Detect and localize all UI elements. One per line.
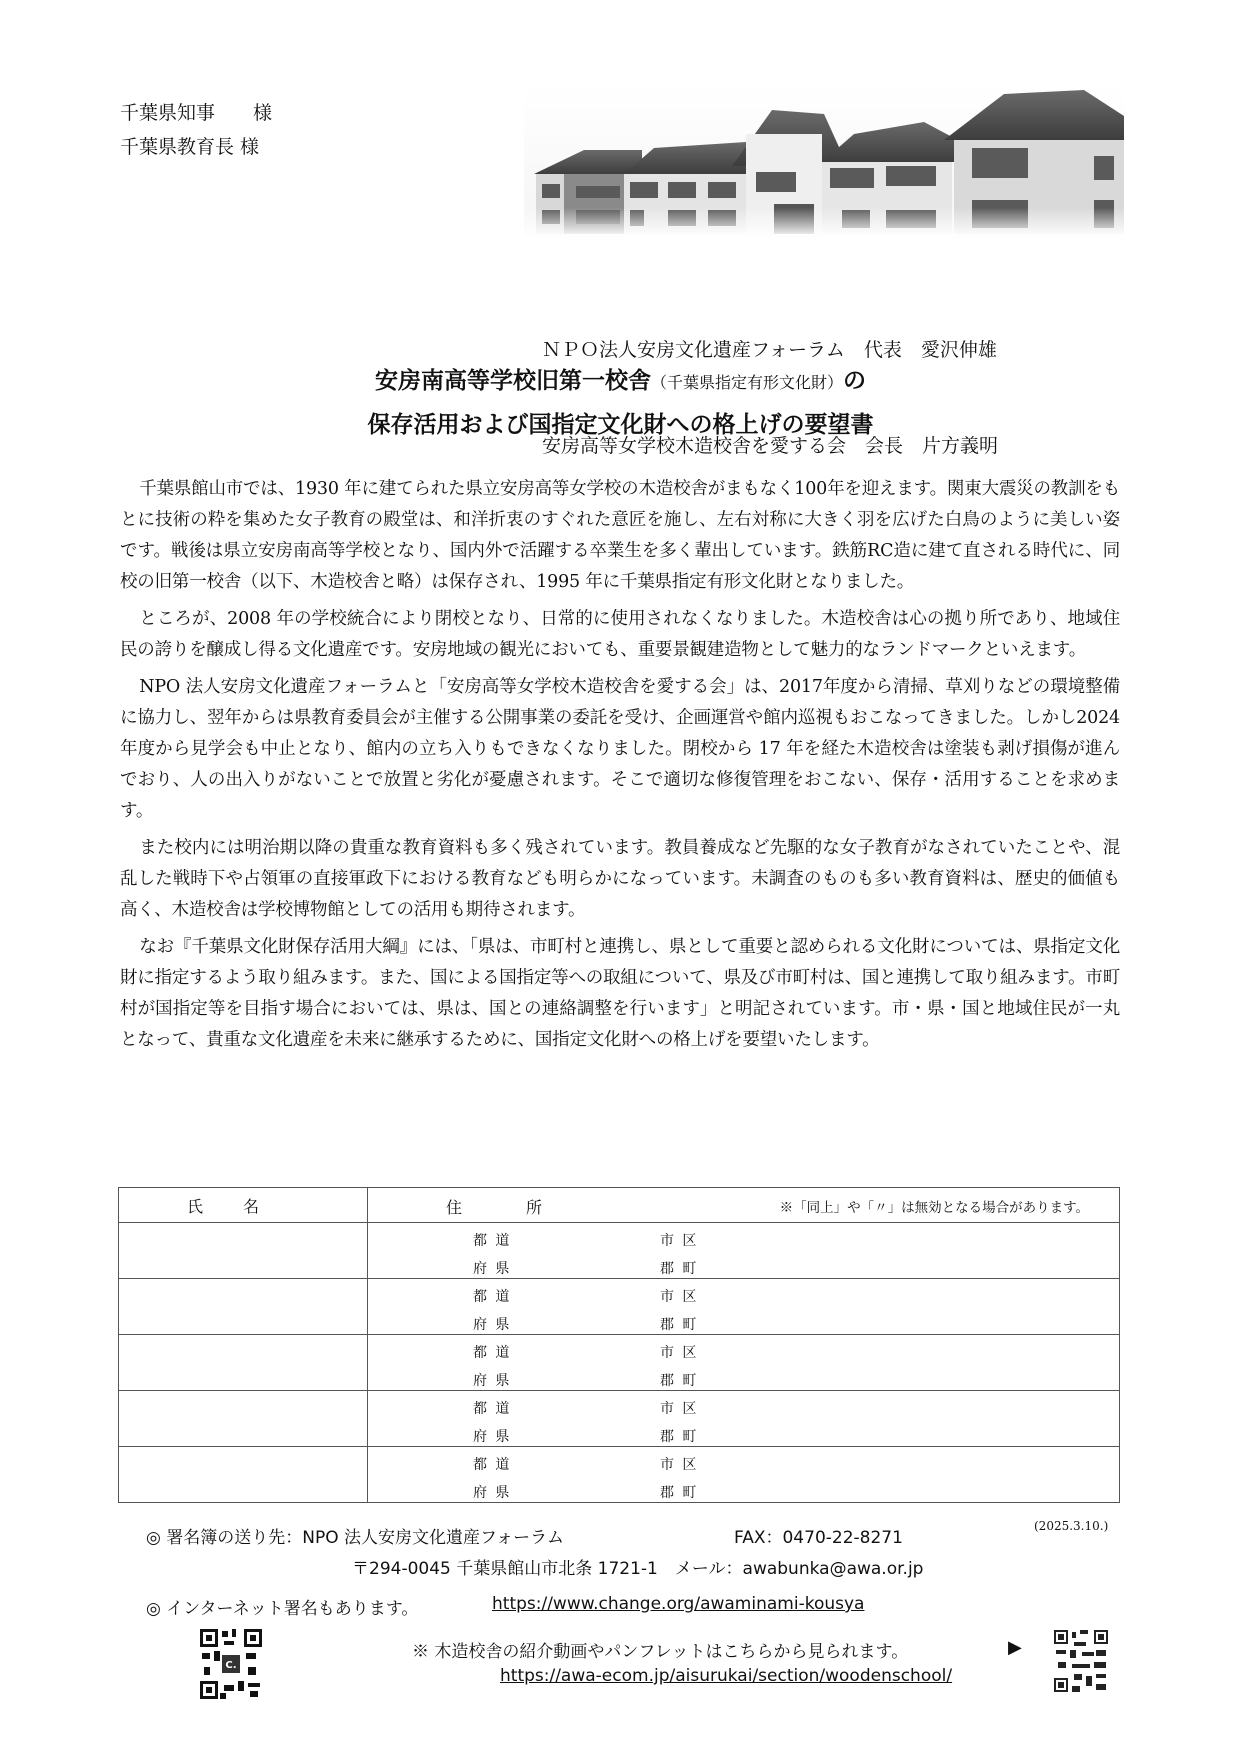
addressee-superintendent: 千葉県教育長 様: [120, 130, 272, 164]
pref-suffix-bottom: 府県: [473, 1373, 518, 1389]
city-suffix: 市区郡町: [660, 1227, 705, 1283]
document-title: 安房南高等学校旧第一校舎（千葉県指定有形文化財）の 保存活用および国指定文化財へ…: [0, 360, 1241, 446]
name-field[interactable]: [119, 1223, 368, 1279]
qr-code-change-org-icon[interactable]: C.: [198, 1627, 264, 1701]
addressee-block: 千葉県知事 様 千葉県教育長 様: [120, 96, 272, 164]
title-designation: （千葉県指定有形文化財）: [651, 373, 843, 392]
city-suffix-bottom: 郡町: [660, 1373, 705, 1389]
video-pamphlet-note: ※ 木造校舎の紹介動画やパンフレットはこちらから見られます。: [412, 1637, 908, 1662]
city-suffix-top: 市区: [660, 1233, 705, 1249]
building-illustration-icon: [524, 86, 1124, 238]
paragraph-request: なお『千葉県文化財保存活用大綱』には、「県は、市町村と連携し、県として重要と認め…: [120, 932, 1120, 1056]
prefecture-suffix: 都道府県: [473, 1395, 518, 1451]
signature-row: 都道府県 市区郡町: [119, 1447, 1120, 1503]
paragraph-activities: NPO 法人安房文化遺産フォーラムと「安房高等女学校木造校舎を愛する会」は、20…: [120, 672, 1120, 827]
title-line-1: 安房南高等学校旧第一校舎（千葉県指定有形文化財）の: [0, 360, 1241, 404]
duplicate-warning-note: ※「同上」や「〃」は無効となる場合があります。: [780, 1196, 1089, 1216]
city-suffix-bottom: 郡町: [660, 1429, 705, 1445]
pref-suffix-top: 都道: [473, 1233, 518, 1249]
city-suffix-top: 市区: [660, 1289, 705, 1305]
city-suffix-top: 市区: [660, 1457, 705, 1473]
pref-suffix-top: 都道: [473, 1401, 518, 1417]
city-suffix-bottom: 郡町: [660, 1261, 705, 1277]
city-suffix: 市区郡町: [660, 1451, 705, 1507]
prefecture-suffix: 都道府県: [473, 1283, 518, 1339]
signature-row: 都道府県 市区郡町: [119, 1391, 1120, 1447]
signature-row: 都道府県 市区郡町: [119, 1335, 1120, 1391]
pref-suffix-bottom: 府県: [473, 1429, 518, 1445]
address-field[interactable]: 都道府県 市区郡町: [368, 1279, 1120, 1335]
prefecture-suffix: 都道府県: [473, 1339, 518, 1395]
city-suffix-top: 市区: [660, 1401, 705, 1417]
address-field[interactable]: 都道府県 市区郡町: [368, 1447, 1120, 1503]
header-address-label: 住所: [446, 1195, 606, 1218]
prefecture-suffix: 都道府県: [473, 1227, 518, 1283]
fax-number: FAX：0470-22-8271: [734, 1523, 903, 1548]
address-field[interactable]: 都道府県 市区郡町: [368, 1335, 1120, 1391]
name-field[interactable]: [119, 1279, 368, 1335]
city-suffix: 市区郡町: [660, 1339, 705, 1395]
header-name: 氏名: [119, 1188, 368, 1223]
city-suffix-bottom: 郡町: [660, 1317, 705, 1333]
petition-body: 千葉県館山市では、1930 年に建てられた県立安房高等女学校の木造校舎がまもなく…: [120, 474, 1120, 1062]
city-suffix-top: 市区: [660, 1345, 705, 1361]
city-suffix-bottom: 郡町: [660, 1485, 705, 1501]
play-arrow-icon: ▶: [1008, 1637, 1022, 1658]
address-field[interactable]: 都道府県 市区郡町: [368, 1391, 1120, 1447]
qr-badge-text: C.: [225, 1660, 236, 1671]
wooden-school-link[interactable]: https://awa-ecom.jp/aisurukai/section/wo…: [500, 1666, 952, 1686]
signature-row: 都道府県 市区郡町: [119, 1279, 1120, 1335]
addressee-governor: 千葉県知事 様: [120, 96, 272, 130]
pref-suffix-bottom: 府県: [473, 1485, 518, 1501]
header-address: 住所 ※「同上」や「〃」は無効となる場合があります。: [368, 1188, 1120, 1223]
title-main: 安房南高等学校旧第一校舎: [375, 368, 651, 394]
paragraph-materials: また校内には明治期以降の貴重な教育資料も多く残されています。教員養成など先駆的な…: [120, 833, 1120, 926]
address-field[interactable]: 都道府県 市区郡町: [368, 1223, 1120, 1279]
pref-suffix-bottom: 府県: [473, 1261, 518, 1277]
postal-address-email: 〒294-0045 千葉県館山市北条 1721-1 メール：awabunka@a…: [352, 1554, 923, 1579]
name-field[interactable]: [119, 1335, 368, 1391]
title-line-2: 保存活用および国指定文化財への格上げの要望書: [0, 404, 1241, 446]
name-field[interactable]: [119, 1447, 368, 1503]
city-suffix: 市区郡町: [660, 1283, 705, 1339]
qr-code-wooden-school-icon[interactable]: [1052, 1628, 1110, 1694]
pref-suffix-top: 都道: [473, 1457, 518, 1473]
pref-suffix-bottom: 府県: [473, 1317, 518, 1333]
signature-row: 都道府県 市区郡町: [119, 1223, 1120, 1279]
signature-table-header: 氏名 住所 ※「同上」や「〃」は無効となる場合があります。: [119, 1188, 1120, 1223]
qr-pattern-icon: C.: [198, 1627, 264, 1701]
paragraph-history: 千葉県館山市では、1930 年に建てられた県立安房高等女学校の木造校舎がまもなく…: [120, 474, 1120, 598]
qr-pattern-icon: [1052, 1628, 1110, 1694]
signature-table: 氏名 住所 ※「同上」や「〃」は無効となる場合があります。 都道府県 市区郡町 …: [118, 1187, 1120, 1503]
internet-petition-label: ◎ インターネット署名もあります。: [146, 1594, 418, 1619]
change-org-link[interactable]: https://www.change.org/awaminami-kousya: [492, 1594, 864, 1614]
send-to-label: ◎ 署名簿の送り先：NPO 法人安房文化遺産フォーラム: [146, 1523, 564, 1548]
school-building-photo: [524, 86, 1124, 238]
title-particle: の: [843, 368, 866, 394]
pref-suffix-top: 都道: [473, 1289, 518, 1305]
city-suffix: 市区郡町: [660, 1395, 705, 1451]
pref-suffix-top: 都道: [473, 1345, 518, 1361]
document-date: (2025.3.10.): [1034, 1519, 1108, 1533]
prefecture-suffix: 都道府県: [473, 1451, 518, 1507]
name-field[interactable]: [119, 1391, 368, 1447]
paragraph-closure: ところが、2008 年の学校統合により閉校となり、日常的に使用されなくなりました…: [120, 604, 1120, 666]
